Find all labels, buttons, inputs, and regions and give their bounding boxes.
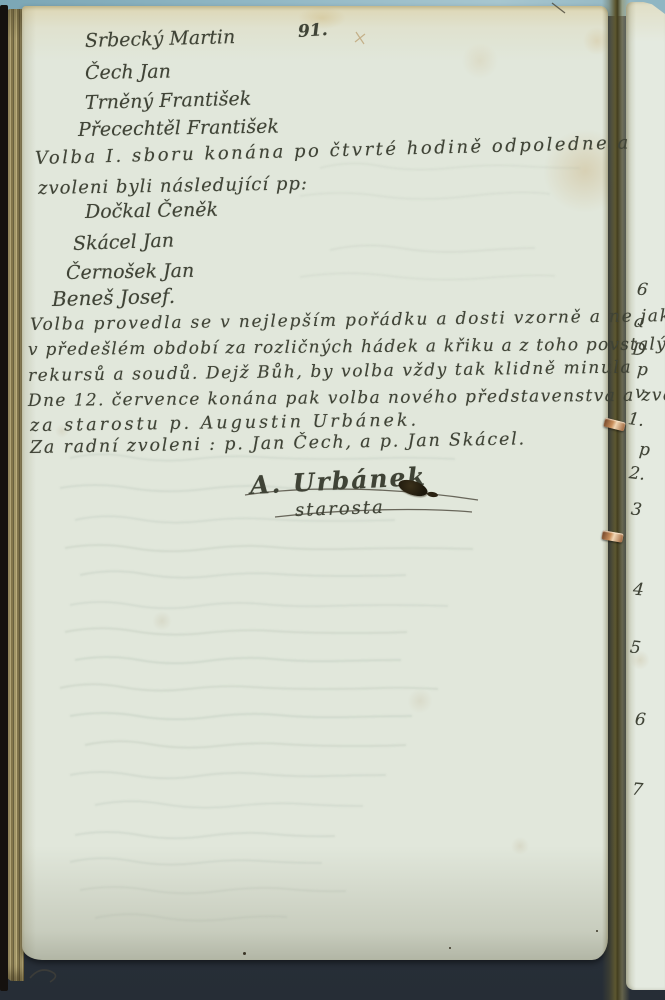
facing-fragment: 7 — [631, 779, 644, 800]
page-number: 91. — [297, 20, 328, 42]
facing-fragment: v — [634, 383, 646, 404]
manuscript-line: Srbecký Martin — [85, 26, 236, 52]
facing-fragment: 3 — [630, 499, 643, 520]
ink-speck — [243, 952, 246, 955]
facing-fragment: 5 — [629, 637, 642, 658]
facing-fragment: p — [638, 440, 651, 461]
facing-page-edge — [626, 2, 665, 990]
manuscript-line: Beneš Josef. — [52, 284, 176, 311]
book-spine-edge — [0, 5, 8, 991]
facing-fragment: 1. — [627, 409, 646, 431]
facing-fragment: p — [636, 360, 648, 381]
manuscript-line: Čech Jan — [85, 61, 171, 84]
facing-fragment: 2. — [628, 463, 647, 485]
facing-fragment: 4 — [632, 580, 645, 601]
facing-fragment: a — [633, 312, 645, 333]
ink-speck — [449, 947, 451, 949]
manuscript-photo: 91. Srbecký Martin Čech Jan Trněný Frant… — [0, 0, 665, 1000]
ink-speck — [596, 930, 598, 932]
manuscript-line: Černošek Jan — [66, 260, 195, 284]
manuscript-line: Trněný František — [85, 88, 252, 114]
facing-fragment: 6 — [636, 279, 649, 300]
facing-fragment: D — [631, 339, 646, 360]
manuscript-line: Přecechtěl František — [78, 115, 279, 141]
manuscript-line: Dočkal Čeněk — [85, 199, 218, 223]
facing-fragment: 6 — [634, 710, 646, 731]
manuscript-line: Skácel Jan — [73, 229, 175, 255]
signature-role: starosta — [295, 497, 386, 521]
